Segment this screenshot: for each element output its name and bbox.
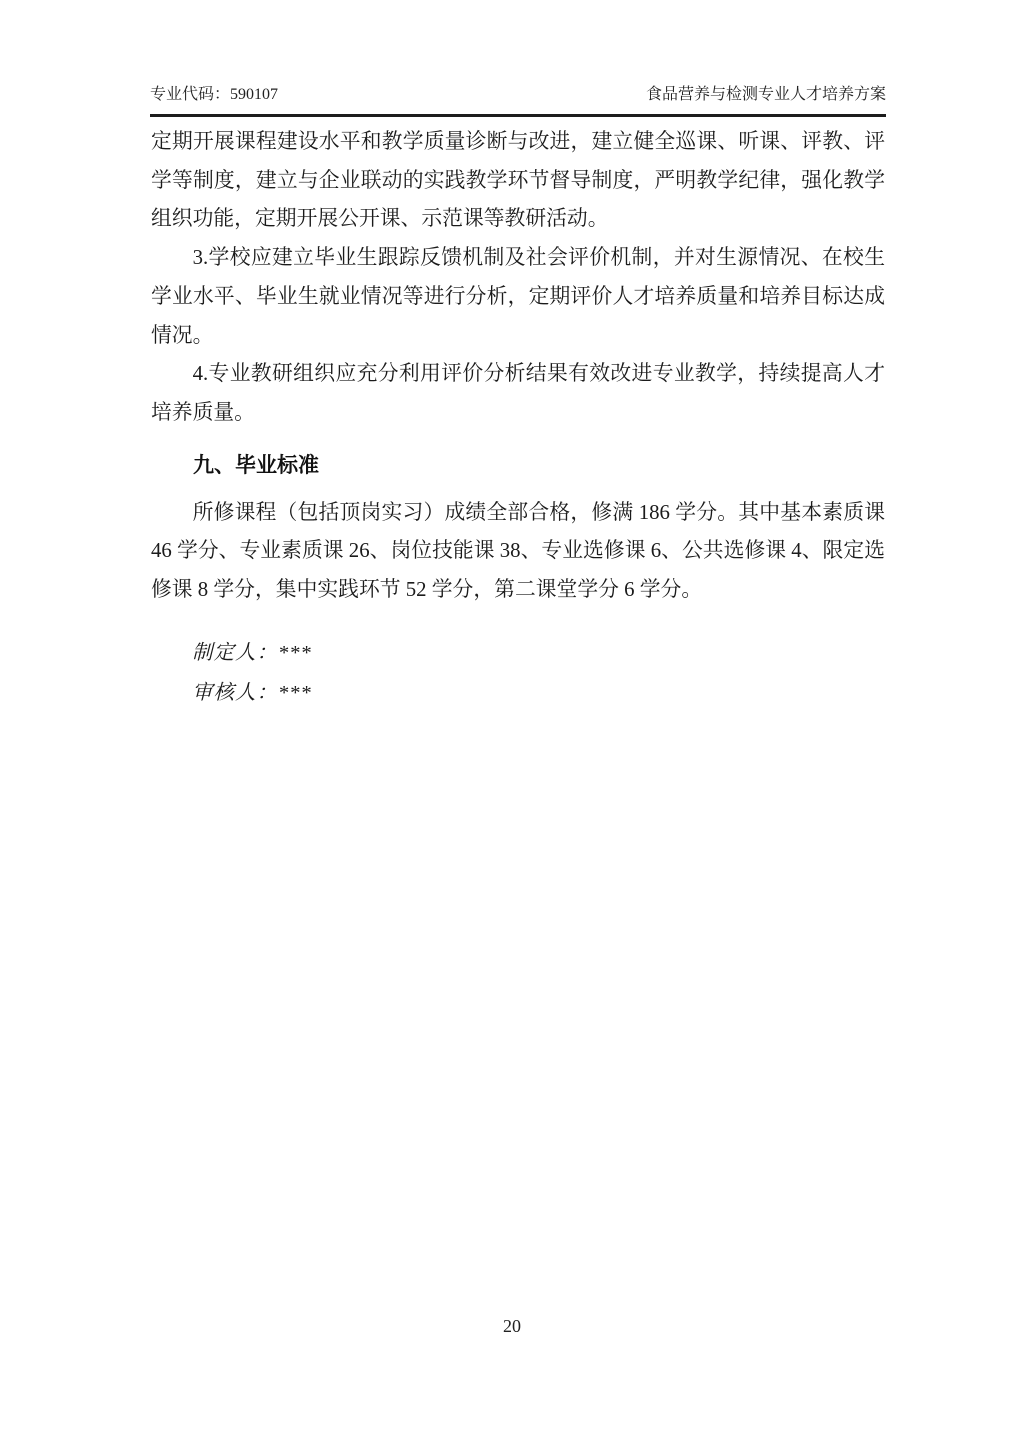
section-heading-graduation-standard: 九、毕业标准 [151, 446, 885, 485]
paragraph-item-4-teaching-improvement: 4.专业教研组织应充分利用评价分析结果有效改进专业教学，持续提高人才培养质量。 [151, 355, 885, 432]
reviewer-line: 审核人：*** [151, 673, 885, 713]
paragraph-item-3-feedback-mechanism: 3.学校应建立毕业生跟踪反馈机制及社会评价机制，并对生源情况、在校生学业水平、毕… [151, 239, 885, 355]
page-number: 20 [503, 1316, 521, 1336]
paragraph-quality-diagnosis: 定期开展课程建设水平和教学质量诊断与改进，建立健全巡课、听课、评教、评学等制度，… [151, 123, 885, 239]
signature-block: 制定人：*** 审核人：*** [151, 633, 885, 713]
paragraph-graduation-credits: 所修课程（包括顶岗实习）成绩全部合格，修满 186 学分。其中基本素质课 46 … [151, 494, 885, 610]
page-footer: 20 [0, 1316, 1024, 1337]
maker-line: 制定人：*** [151, 633, 885, 673]
document-page: 专业代码：590107 食品营养与检测专业人才培养方案 定期开展课程建设水平和教… [0, 0, 1024, 1448]
document-body: 定期开展课程建设水平和教学质量诊断与改进，建立健全巡课、听课、评教、评学等制度，… [151, 123, 885, 713]
page-header: 专业代码：590107 食品营养与检测专业人才培养方案 [150, 84, 886, 117]
header-doc-title: 食品营养与检测专业人才培养方案 [646, 84, 886, 106]
header-major-code: 专业代码：590107 [150, 84, 278, 106]
